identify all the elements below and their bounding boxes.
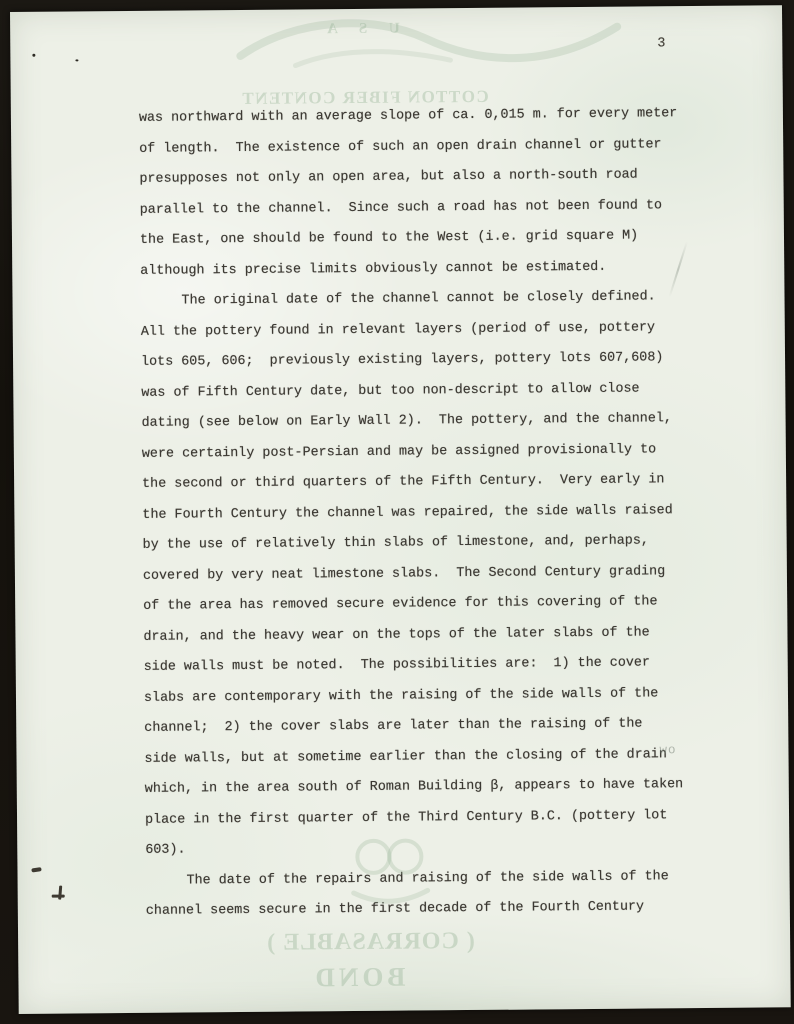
text-line: lots 605, 606; previously existing layer… bbox=[141, 343, 680, 378]
text-line: the second or third quarters of the Fift… bbox=[142, 465, 681, 500]
watermark-logo bbox=[335, 830, 446, 919]
text-line: was of Fifth Century date, but too non-d… bbox=[141, 374, 680, 409]
text-line: channel; 2) the cover slabs are later th… bbox=[144, 709, 683, 744]
text-line: the Fourth Century the channel was repai… bbox=[142, 496, 681, 531]
watermark-bond: BOND bbox=[311, 962, 405, 994]
page-number: 3 bbox=[657, 36, 665, 51]
text-line: parallel to the channel. Since such a ro… bbox=[140, 191, 679, 226]
text-line: drain, and the heavy wear on the tops of… bbox=[143, 618, 682, 653]
text-line: although its precise limits obviously ca… bbox=[140, 252, 679, 287]
text-line: the East, one should be found to the Wes… bbox=[140, 221, 679, 256]
watermark-corrasable: ( CORRASABLE ) bbox=[266, 928, 475, 957]
text-line: of length. The existence of such an open… bbox=[139, 130, 678, 165]
text-line: All the pottery found in relevant layers… bbox=[141, 313, 680, 348]
ink-speck bbox=[75, 59, 78, 61]
scanned-page: U S A COTTON FIBER CONTENT 3 was northwa… bbox=[10, 5, 791, 1014]
watermark-script-flourish bbox=[225, 9, 626, 78]
ink-offset-ghost: wo bbox=[659, 743, 676, 757]
text-line: presupposes not only an open area, but a… bbox=[139, 160, 678, 195]
text-line: of the area has removed secure evidence … bbox=[143, 587, 682, 622]
text-line: dating (see below on Early Wall 2). The … bbox=[141, 404, 680, 439]
text-line: were certainly post-Persian and may be a… bbox=[142, 435, 681, 470]
text-line: side walls, but at sometime earlier than… bbox=[144, 740, 683, 775]
text-line: by the use of relatively thin slabs of l… bbox=[143, 526, 682, 561]
pen-mark bbox=[31, 867, 41, 872]
text-line: side walls must be noted. The possibilit… bbox=[144, 648, 683, 683]
text-line: slabs are contemporary with the raising … bbox=[144, 679, 683, 714]
typewritten-text: was northward with an average slope of c… bbox=[139, 99, 685, 927]
text-line: covered by very neat limestone slabs. Th… bbox=[143, 557, 682, 592]
text-line: which, in the area south of Roman Buildi… bbox=[145, 770, 684, 805]
ink-speck bbox=[32, 54, 35, 57]
scanner-background: U S A COTTON FIBER CONTENT 3 was northwa… bbox=[0, 0, 794, 1024]
text-line: The original date of the channel cannot … bbox=[140, 282, 679, 317]
pen-mark bbox=[52, 895, 65, 898]
text-line: was northward with an average slope of c… bbox=[139, 99, 678, 134]
